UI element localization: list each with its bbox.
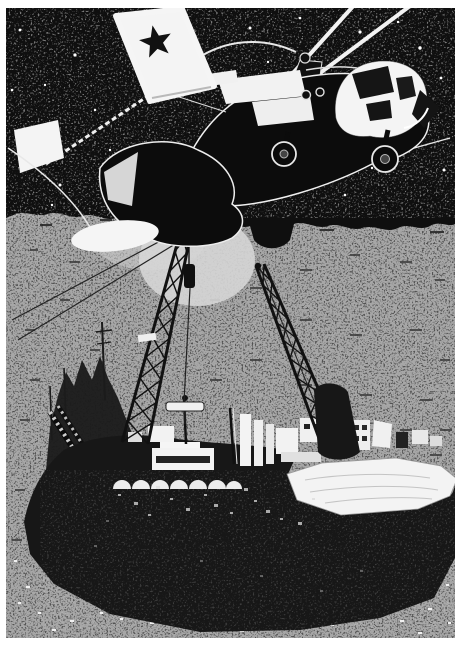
right-crane-sheave — [255, 263, 261, 269]
intake-ring-2 — [316, 88, 324, 96]
gantry-frame — [240, 414, 251, 466]
deckhouse-window-band — [156, 456, 210, 463]
intake-ring — [302, 91, 311, 100]
hook-block — [184, 264, 195, 288]
illustration-canvas — [0, 0, 461, 647]
scene-svg — [0, 0, 461, 647]
rotor-hub — [300, 53, 310, 63]
lifting-beam — [166, 402, 204, 411]
